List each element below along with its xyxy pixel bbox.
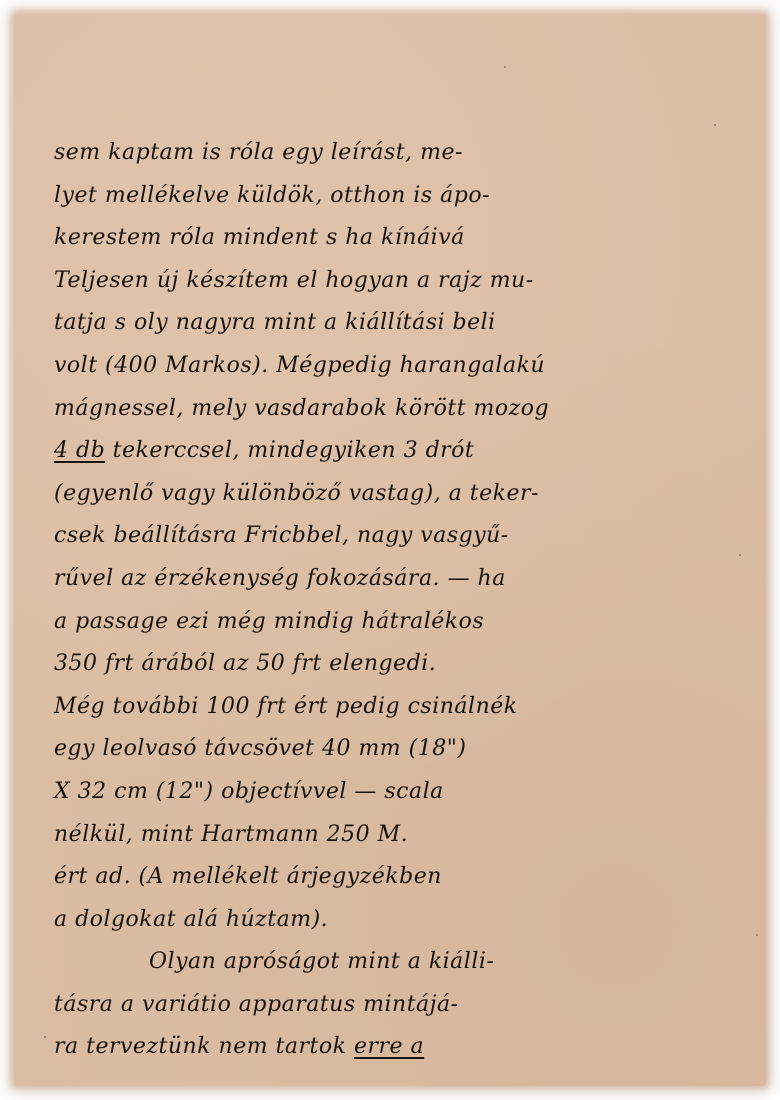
- text-line-4: Teljesen új készítem el hogyan a rajz mu…: [54, 260, 714, 303]
- paper-speck: [756, 934, 758, 936]
- text-line-6: volt (400 Markos). Mégpedig harangalakú: [54, 345, 714, 388]
- letter-page: sem kaptam is róla egy leírást, me- lyet…: [14, 14, 766, 1086]
- text-line-8: 4 db tekerccsel, mindegyiken 3 drót: [54, 430, 714, 473]
- text-line-13: 350 frt árából az 50 frt elengedi.: [54, 643, 714, 686]
- text-line-12: a passage ezi még mindig hátralékos: [54, 601, 714, 644]
- text-line-18: ért ad. (A mellékelt árjegyzékben: [54, 856, 714, 899]
- paper-speck: [739, 554, 741, 556]
- line-text: tekerccsel, mindegyiken 3 drót: [105, 438, 474, 463]
- text-line-14: Még további 100 frt ért pedig csinálnék: [54, 686, 714, 729]
- handwritten-text-block: sem kaptam is róla egy leírást, me- lyet…: [54, 132, 714, 1069]
- line-text: ra terveztünk nem tartok: [54, 1034, 354, 1059]
- text-line-3: kerestem róla mindent s ha kínáivá: [54, 217, 714, 260]
- text-line-2: lyet mellékelve küldök, otthon is ápo-: [54, 175, 714, 218]
- paper-speck: [504, 66, 506, 68]
- text-line-7: mágnessel, mely vasdarabok körött mozog: [54, 388, 714, 431]
- text-line-1: sem kaptam is róla egy leírást, me-: [54, 132, 714, 175]
- text-line-15: egy leolvasó távcsövet 40 mm (18"): [54, 728, 714, 771]
- text-line-21: tásra a variátio apparatus mintájá-: [54, 984, 714, 1027]
- text-line-19: a dolgokat alá húztam).: [54, 899, 714, 942]
- underlined-text: erre a: [354, 1034, 424, 1059]
- text-line-22: ra terveztünk nem tartok erre a: [54, 1026, 714, 1069]
- paper-speck: [44, 1036, 46, 1038]
- text-line-10: csek beállításra Fricbbel, nagy vasgyű-: [54, 515, 714, 558]
- underlined-text: 4 db: [54, 438, 105, 463]
- text-line-5: tatja s oly nagyra mint a kiállítási bel…: [54, 302, 714, 345]
- text-line-9: (egyenlő vagy különböző vastag), a teker…: [54, 473, 714, 516]
- text-line-11: rűvel az érzékenység fokozására. — ha: [54, 558, 714, 601]
- text-line-16: X 32 cm (12") objectívvel — scala: [54, 771, 714, 814]
- text-line-20-paragraph-start: Olyan apróságot mint a kiálli-: [54, 941, 714, 984]
- paper-speck: [714, 124, 716, 126]
- text-line-17: nélkül, mint Hartmann 250 M.: [54, 814, 714, 857]
